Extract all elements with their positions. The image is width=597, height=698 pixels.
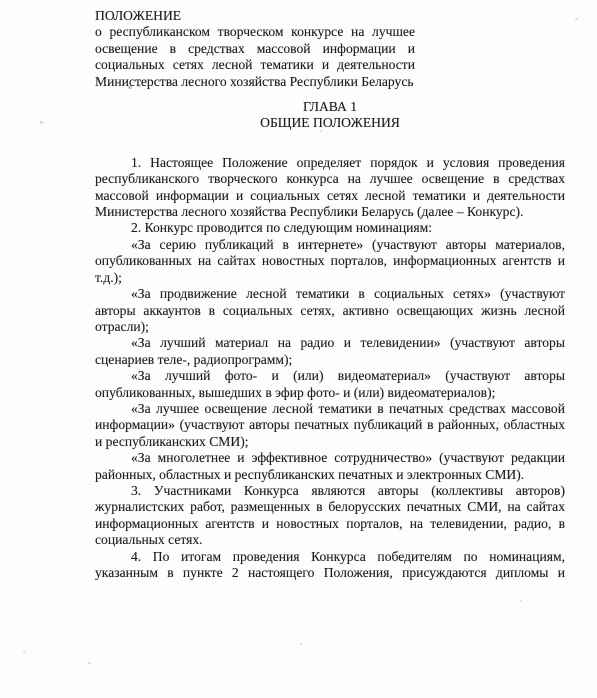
chapter-title: ОБЩИЕ ПОЛОЖЕНИЯ — [95, 115, 565, 131]
chapter-heading: ГЛАВА 1 ОБЩИЕ ПОЛОЖЕНИЯ — [95, 99, 565, 132]
document-content: ПОЛОЖЕНИЕ о республиканском творческом к… — [95, 8, 565, 581]
scan-speck — [40, 121, 43, 124]
scanned-document-page: ПОЛОЖЕНИЕ о республиканском творческом к… — [0, 0, 597, 698]
scan-speck — [88, 662, 91, 664]
scan-speck — [300, 643, 302, 645]
scan-speck — [23, 650, 26, 653]
paragraph: 3. Участниками Конкурса являются авторы … — [95, 483, 565, 549]
paragraph-nomination: «За лучший фото- и (или) видеоматериал» … — [95, 368, 565, 401]
paragraph-nomination: «За продвижение лесной тематики в социал… — [95, 286, 565, 335]
paragraph: 2. Конкурс проводится по следующим номин… — [95, 220, 565, 236]
document-header: ПОЛОЖЕНИЕ о республиканском творческом к… — [95, 8, 415, 90]
scan-speck — [497, 422, 499, 424]
paragraph-nomination: «За лучшее освещение лесной тематики в п… — [95, 401, 565, 450]
document-title: ПОЛОЖЕНИЕ — [95, 8, 415, 24]
paragraph: 1. Настоящее Положение определяет порядо… — [95, 155, 565, 221]
scan-speck — [320, 130, 322, 132]
paragraph-truncated: 4. По итогам проведения Конкурса победит… — [95, 549, 565, 582]
paragraph-nomination: «За серию публикаций в интернете» (участ… — [95, 237, 565, 286]
document-subtitle: о республиканском творческом конкурсе на… — [95, 24, 415, 90]
scan-speck — [520, 600, 522, 602]
scan-speck — [575, 18, 578, 20]
paragraph-nomination: «За лучший материал на радио и телевиден… — [95, 335, 565, 368]
paragraph-nomination: «За многолетнее и эффективное сотрудниче… — [95, 450, 565, 483]
chapter-number: ГЛАВА 1 — [95, 99, 565, 115]
document-body: 1. Настоящее Положение определяет порядо… — [95, 155, 565, 582]
